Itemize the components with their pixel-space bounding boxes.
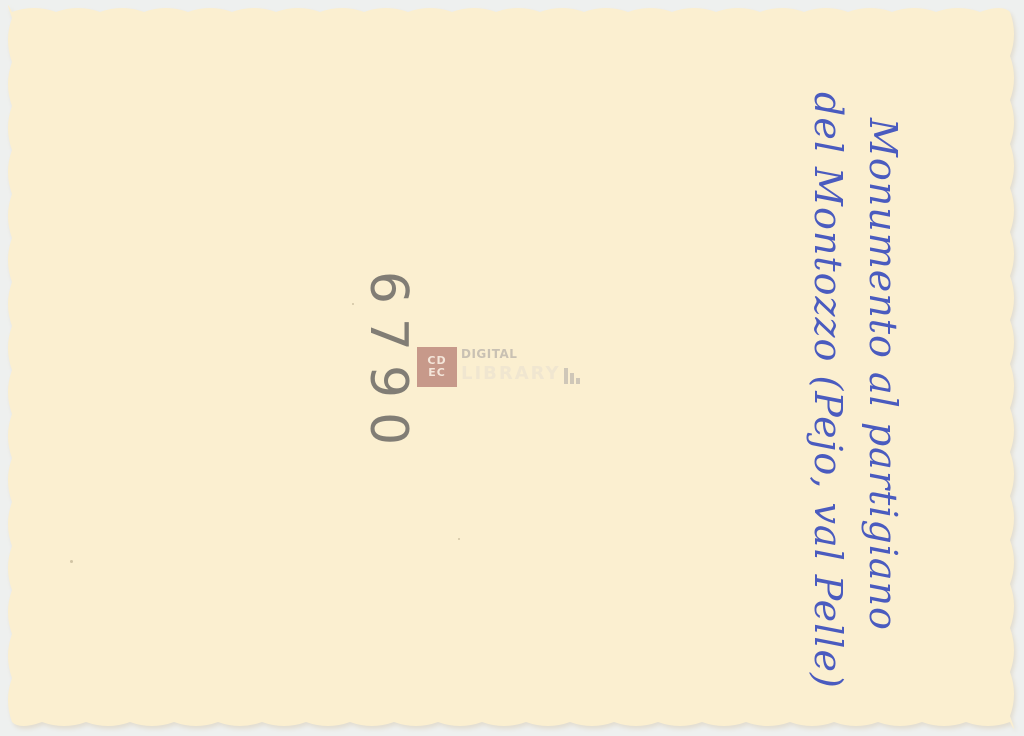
paper-speck [352,303,354,305]
watermark-library-text: LIBRARY [461,363,561,384]
watermark-digital: DIGITAL [461,347,580,361]
cdec-logo-badge: CD EC [417,347,457,387]
handwritten-note-line-1: Monumento al partigiano [861,118,905,631]
handwritten-note-line-2: del Montozzo (Pejo, val Pelle) [806,92,850,689]
paper-speck [458,538,460,540]
digital-library-watermark: CD EC DIGITAL LIBRARY [417,347,580,387]
watermark-text: DIGITAL LIBRARY [461,347,580,384]
badge-bottom-text: EC [428,367,446,379]
paper-speck [70,560,73,563]
watermark-library: LIBRARY [461,363,580,384]
bar-chart-icon [564,368,580,384]
archive-number: 6790 [358,271,418,459]
